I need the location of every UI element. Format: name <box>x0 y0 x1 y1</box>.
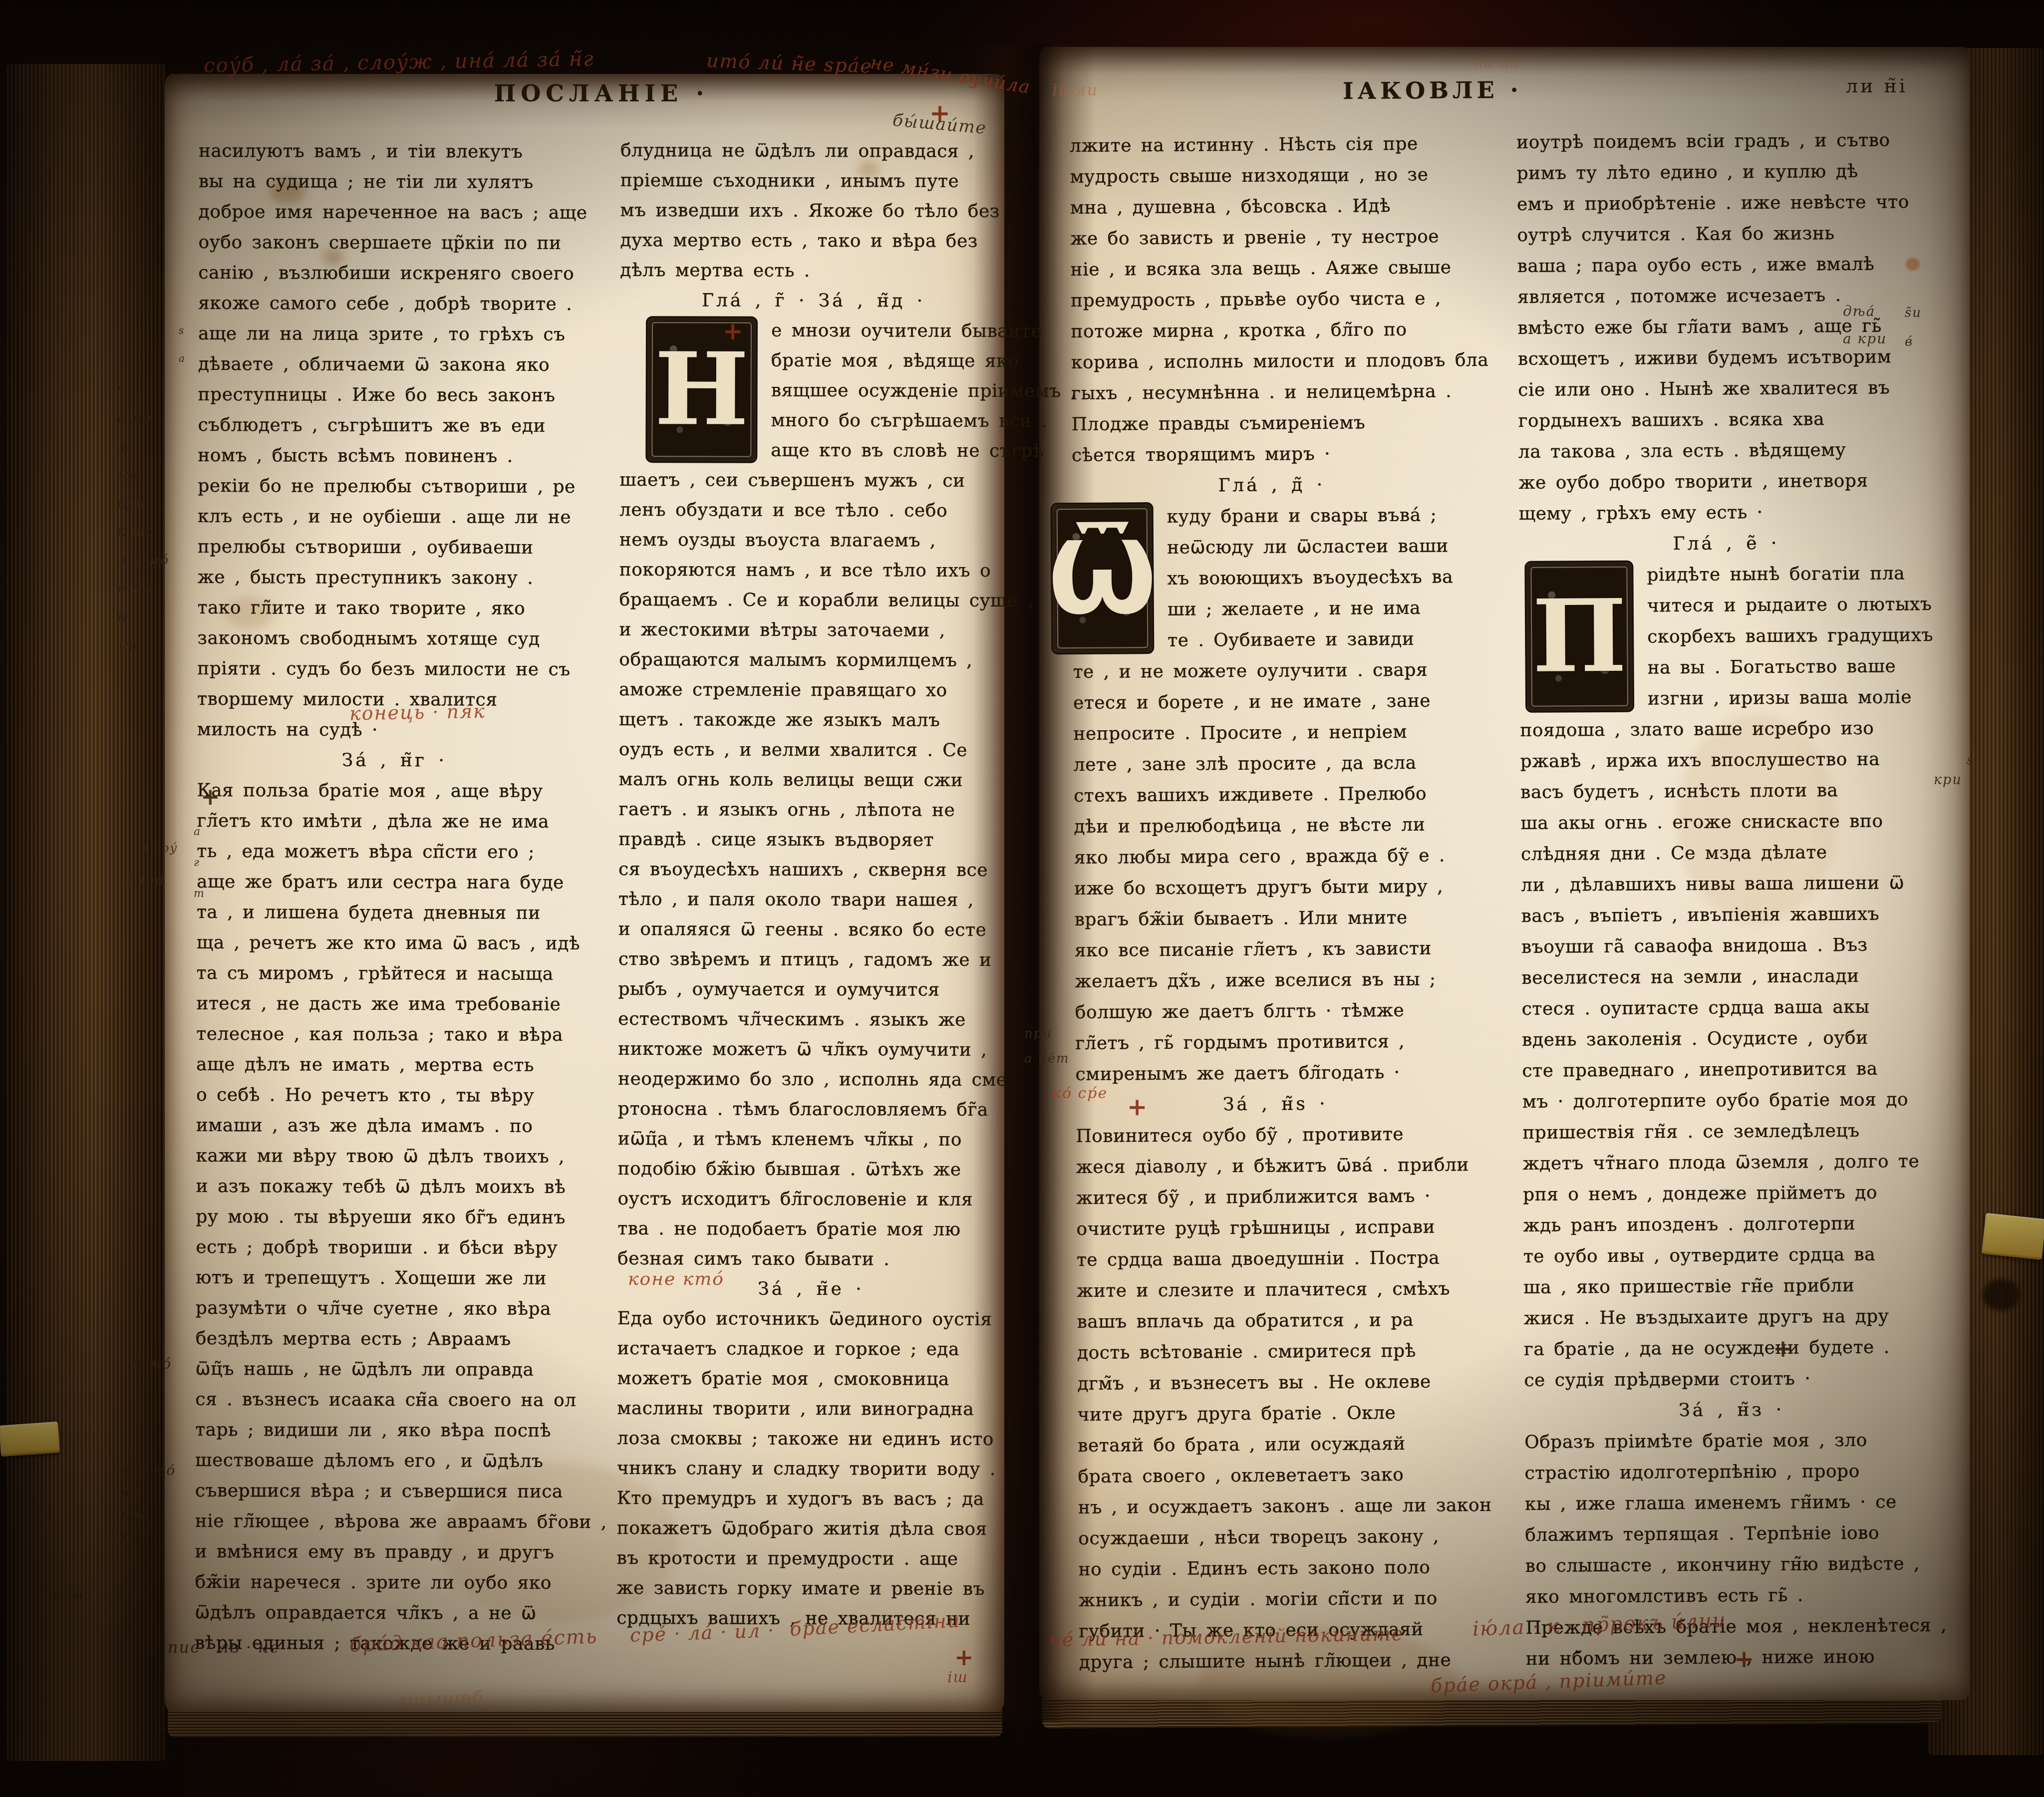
rubric-bottom-right-cross: + <box>1734 1644 1755 1674</box>
rubric-bottom-left-1: пис · лв · не · <box>168 1637 292 1657</box>
margin-reference-1john: а́ іоа́ <box>124 871 165 890</box>
margin-letters-printed: а г т <box>194 817 205 909</box>
rubric-konets-2: коне кто́ <box>628 1268 724 1290</box>
rubric-cross-3: + <box>1127 1092 1148 1122</box>
rubric-bottom-left-cross: + <box>954 1643 975 1672</box>
rubric-cross: + <box>929 98 951 129</box>
rubric-cross-2: + <box>723 316 744 346</box>
annotations-layer: соу́б , ла́ за́ , слоу́ж , ина́ ла́ за́ … <box>0 0 2044 1797</box>
rubric-bottom-right-2: ію́ла · к · пр̃рокъ и́лии <box>1472 1608 1727 1642</box>
margin-ko-sre: ко́ ср́е <box>1052 1084 1108 1103</box>
margin-reference-kri: кри <box>1934 772 1962 789</box>
margin-reference-s: ѕ <box>1967 753 1974 768</box>
photo-of-open-book: ПОСЛАНІЕ · ІАКОВЛЕ · ли н̃і насилуютъ ва… <box>0 0 2044 1797</box>
rubric-bottom-left-faded: лщышвб <box>395 1687 484 1712</box>
rubric-bottom-left-3: сре́ · ла́ · ил · <box>629 1619 775 1648</box>
bookmark-ribbon-right <box>1982 1213 2044 1260</box>
margin-reference-si: ѕ̃и в́ <box>1905 299 1922 356</box>
rubric-bottom-left-5: іш <box>947 1668 968 1687</box>
margin-reference-zlu: з лоу́ <box>141 841 178 856</box>
rubric-bottom-right-3: бра́е окра́ , пріими́те <box>1430 1666 1667 1698</box>
margin-reference-edge: іс на <box>54 1585 93 1603</box>
rubric-incipit-note: не мн́зи оучи́ла <box>869 51 1032 99</box>
margin-reference-deian: дѣа́ а кри <box>1843 298 1887 352</box>
bookmark-ribbon-left <box>0 1422 60 1457</box>
margin-references-left: ѕ г̃ мо́ ла́ ма́ кри к та́ + г̃ мо́ е мо… <box>117 375 169 660</box>
rubric-bottom-left-4: бра́е есла́стіни <box>789 1609 961 1641</box>
margin-reference-1peter: пр́и а пе́т <box>1024 1021 1070 1071</box>
rubric-bottom-left-2: бра́д каа польза е́сть <box>349 1624 598 1657</box>
rubric-konets-friday: конець · пя́к <box>349 700 486 726</box>
rubric-bottom-right-1: че́ ли́ на́ · помокле́ній покините <box>1049 1622 1404 1652</box>
margin-cross-brown: + <box>1773 1334 1794 1364</box>
margin-reference-amo: а́ мо́ <box>133 1355 172 1374</box>
faded-note-right-page-top: іи ли <box>1052 80 1098 100</box>
faded-note-right-page-top-2: на ви <box>1473 54 1520 73</box>
margin-letters-printed-2: ѕ а <box>179 316 186 372</box>
margin-references-left-2: + а́ мо́ ил кри́ кга́ <box>121 1460 176 1547</box>
rubric-top-mid: ито́ ли́ н̃е ѕра́е <box>706 49 873 78</box>
margin-cross-ink: + <box>201 783 221 812</box>
rubric-top-left: соу́б , ла́ за́ , слоу́ж , ина́ ла́ за́ … <box>204 46 594 78</box>
